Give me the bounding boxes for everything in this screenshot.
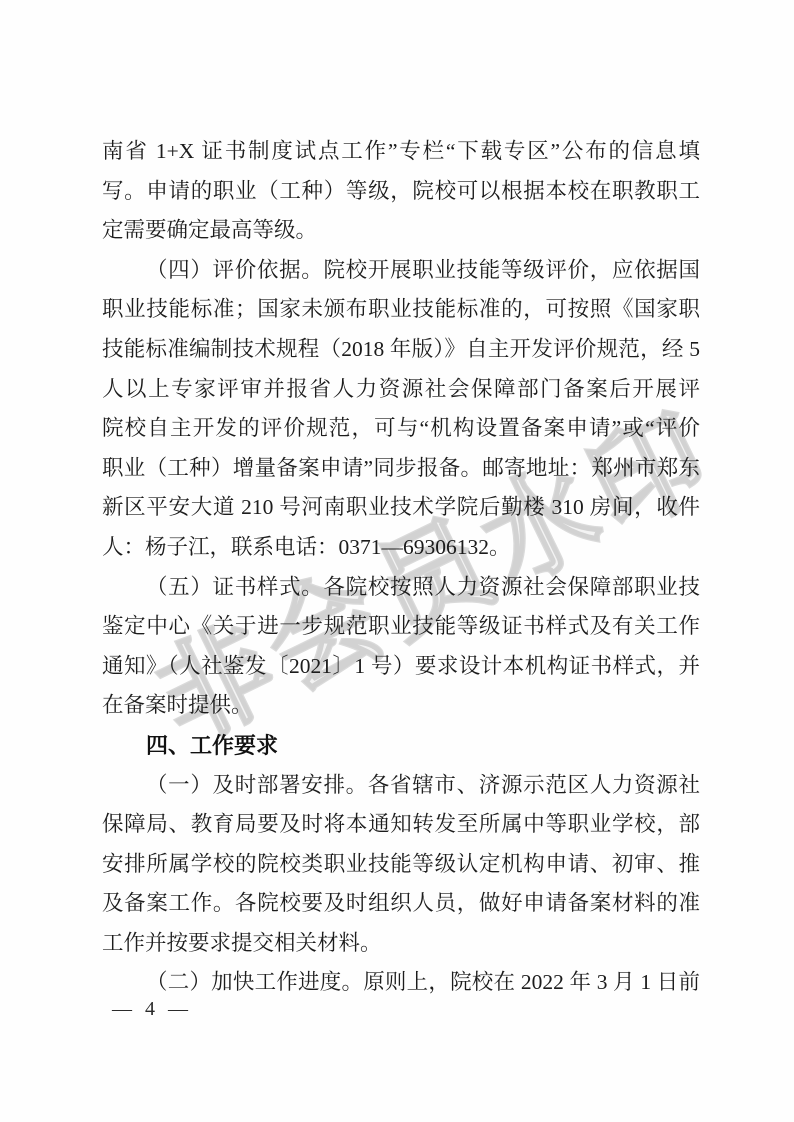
- text-line: 及备案工作。各院校要及时组织人员，做好申请备案材料的准备: [102, 884, 700, 924]
- text-line: 写。申请的职业（工种）等级，院校可以根据本校在职教职工认: [102, 172, 700, 212]
- text-line: 人：杨子江，联系电话：0371—69306132。: [102, 528, 700, 568]
- document-page: 非会员水印 南省 1+X 证书制度试点工作”专栏“下载专区”公布的信息填写。申请…: [0, 0, 794, 1122]
- text-line: 新区平安大道 210 号河南职业技术学院后勤楼 310 房间，收件: [102, 488, 700, 528]
- text-line: 职业（工种）增量备案申请”同步报备。邮寄地址：郑州市郑东: [102, 449, 700, 489]
- text-line: 安排所属学校的院校类职业技能等级认定机构申请、初审、推荐: [102, 845, 700, 885]
- text-line: 南省 1+X 证书制度试点工作”专栏“下载专区”公布的信息填: [102, 132, 700, 172]
- document-body: 南省 1+X 证书制度试点工作”专栏“下载专区”公布的信息填写。申请的职业（工种…: [102, 132, 700, 1003]
- text-line: 定需要确定最高等级。: [102, 211, 700, 251]
- text-line: 通知》（人社鉴发〔2021〕1 号）要求设计本机构证书样式，并: [102, 647, 700, 687]
- text-line: 技能标准编制技术规程（2018 年版）》自主开发评价规范，经 5: [102, 330, 700, 370]
- text-line: （五）证书样式。各院校按照人力资源社会保障部职业技能: [102, 568, 700, 608]
- page-number: — 4 —: [112, 998, 192, 1021]
- text-line: 人以上专家评审并报省人力资源社会保障部门备案后开展评价。: [102, 370, 700, 410]
- text-line: （四）评价依据。院校开展职业技能等级评价，应依据国家: [102, 251, 700, 291]
- text-line: 在备案时提供。: [102, 686, 700, 726]
- text-line: 职业技能标准；国家未颁布职业技能标准的，可按照《国家职业: [102, 290, 700, 330]
- text-line: 院校自主开发的评价规范，可与“机构设置备案申请”或“评价: [102, 409, 700, 449]
- text-line: 保障局、教育局要及时将本通知转发至所属中等职业学校，部署: [102, 805, 700, 845]
- text-line: 工作并按要求提交相关材料。: [102, 924, 700, 964]
- text-line: （一）及时部署安排。各省辖市、济源示范区人力资源社会: [102, 766, 700, 806]
- section-heading: 四、工作要求: [102, 726, 700, 766]
- text-line: 鉴定中心《关于进一步规范职业技能等级证书样式及有关工作的: [102, 607, 700, 647]
